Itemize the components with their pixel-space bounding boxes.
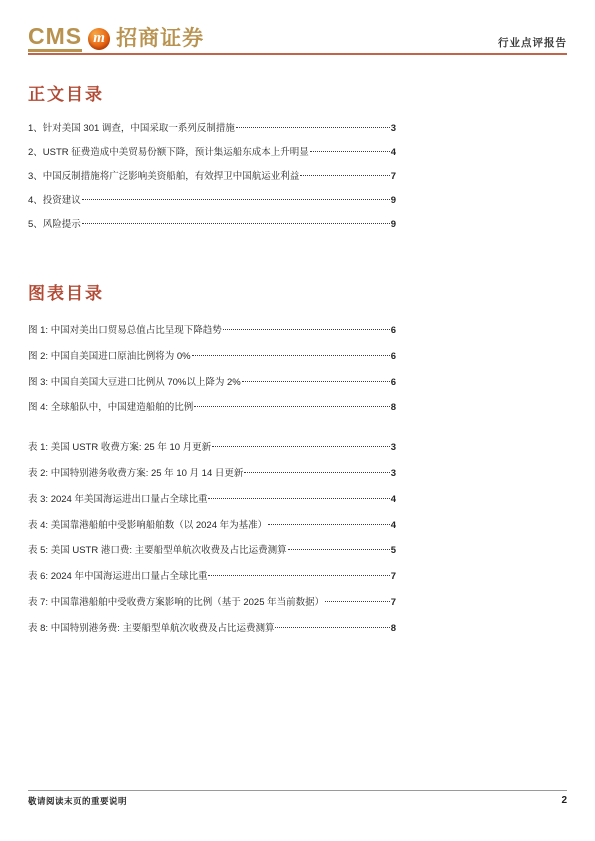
toc-entry: 图 3: 中国自美国大豆进口比例从 70%以上降为 2% 6 (28, 372, 396, 398)
report-page: CMS m 招商证券 行业点评报告 正文目录 1、针对美国 301 调查，中国采… (0, 0, 595, 841)
toc-entry-label: 表 8: 中国特别港务费: 主要船型单航次收费及占比运费测算 (28, 618, 274, 640)
toc-entry-page: 8 (391, 397, 396, 419)
toc-entry-page: 7 (391, 166, 396, 188)
toc-entry-label: 表 1: 美国 USTR 收费方案: 25 年 10 月更新 (28, 437, 211, 459)
cms-logo-text: CMS (28, 25, 82, 52)
toc-entry-page: 9 (391, 214, 396, 236)
toc-dotted-leader (300, 175, 389, 176)
cms-badge-icon: m (88, 28, 110, 50)
toc-entry-page: 7 (391, 566, 396, 588)
toc-entry: 表 3: 2024 年美国海运进出口量占全球比重 4 (28, 489, 396, 515)
page-number: 2 (561, 795, 567, 806)
toc-dotted-leader (208, 575, 389, 576)
toc-entry-page: 4 (391, 142, 396, 164)
toc-entry-page: 3 (391, 463, 396, 485)
toc-entry-label: 表 7: 中国靠港船舶中受收费方案影响的比例（基于 2025 年当前数据） (28, 592, 324, 614)
toc-dotted-leader (310, 151, 390, 152)
toc-entry: 表 1: 美国 USTR 收费方案: 25 年 10 月更新 3 (28, 437, 396, 463)
toc-entry: 图 4: 全球船队中，中国建造船舶的比例 8 (28, 397, 396, 423)
table-toc-list: 表 1: 美国 USTR 收费方案: 25 年 10 月更新 3 表 2: 中国… (28, 437, 396, 643)
cms-logo: CMS m 招商证券 (28, 25, 204, 52)
main-toc-list: 1、针对美国 301 调查，中国采取一系列反制措施 3 2、USTR 征费造成中… (28, 118, 396, 238)
toc-entry-label: 4、投资建议 (28, 190, 81, 212)
toc-entry-page: 4 (391, 515, 396, 537)
toc-entry: 表 2: 中国特别港务收费方案: 25 年 10 月 14 日更新 3 (28, 463, 396, 489)
figure-toc-list: 图 1: 中国对美出口贸易总值占比呈现下降趋势 6 图 2: 中国自美国进口原油… (28, 320, 396, 423)
toc-entry-label: 表 2: 中国特别港务收费方案: 25 年 10 月 14 日更新 (28, 463, 243, 485)
toc-dotted-leader (268, 524, 390, 525)
toc-entry-label: 3、中国反制措施将广泛影响美资船舶，有效捍卫中国航运业利益 (28, 166, 299, 188)
toc-entry-page: 3 (391, 437, 396, 459)
toc-entry-page: 3 (391, 118, 396, 140)
footer-disclaimer: 敬请阅读末页的重要说明 (28, 795, 127, 807)
toc-entry-label: 表 3: 2024 年美国海运进出口量占全球比重 (28, 489, 207, 511)
toc-entry-page: 7 (391, 592, 396, 614)
toc-entry: 表 4: 美国靠港船舶中受影响船舶数（以 2024 年为基准） 4 (28, 515, 396, 541)
toc-entry-label: 5、风险提示 (28, 214, 81, 236)
toc-entry: 表 5: 美国 USTR 港口费: 主要船型单航次收费及占比运费测算 5 (28, 540, 396, 566)
toc-dotted-leader (275, 627, 389, 628)
toc-entry-page: 6 (391, 346, 396, 368)
toc-dotted-leader (236, 127, 390, 128)
toc-entry-label: 表 6: 2024 年中国海运进出口量占全球比重 (28, 566, 207, 588)
toc-entry: 图 2: 中国自美国进口原油比例将为 0% 6 (28, 346, 396, 372)
toc-entry-label: 图 2: 中国自美国进口原油比例将为 0% (28, 346, 191, 368)
toc-entry: 5、风险提示 9 (28, 214, 396, 238)
toc-entry: 2、USTR 征费造成中美贸易份额下降，预计集运船东成本上升明显 4 (28, 142, 396, 166)
toc-dotted-leader (208, 498, 389, 499)
report-type-label: 行业点评报告 (498, 35, 567, 52)
toc-dotted-leader (325, 601, 390, 602)
toc-entry: 表 6: 2024 年中国海运进出口量占全球比重 7 (28, 566, 396, 592)
toc-entry-label: 1、针对美国 301 调查，中国采取一系列反制措施 (28, 118, 235, 140)
chart-toc-title: 图表目录 (28, 279, 567, 304)
header-divider (28, 53, 567, 55)
toc-entry: 4、投资建议 9 (28, 190, 396, 214)
toc-entry-page: 5 (391, 540, 396, 562)
toc-entry-page: 8 (391, 618, 396, 640)
toc-entry-page: 9 (391, 190, 396, 212)
toc-entry: 3、中国反制措施将广泛影响美资船舶，有效捍卫中国航运业利益 7 (28, 166, 396, 190)
toc-entry-label: 图 1: 中国对美出口贸易总值占比呈现下降趋势 (28, 320, 222, 342)
page-header: CMS m 招商证券 行业点评报告 (28, 0, 567, 52)
toc-entry: 图 1: 中国对美出口贸易总值占比呈现下降趋势 6 (28, 320, 396, 346)
toc-entry-label: 图 3: 中国自美国大豆进口比例从 70%以上降为 2% (28, 372, 241, 394)
toc-dotted-leader (223, 329, 390, 330)
toc-entry-label: 表 5: 美国 USTR 港口费: 主要船型单航次收费及占比运费测算 (28, 540, 287, 562)
toc-dotted-leader (82, 223, 390, 224)
toc-entry-label: 表 4: 美国靠港船舶中受影响船舶数（以 2024 年为基准） (28, 515, 267, 537)
toc-entry: 表 8: 中国特别港务费: 主要船型单航次收费及占比运费测算 8 (28, 618, 396, 644)
toc-dotted-leader (244, 472, 389, 473)
toc-entry-page: 6 (391, 320, 396, 342)
toc-dotted-leader (82, 199, 390, 200)
toc-dotted-leader (212, 446, 390, 447)
main-toc-title: 正文目录 (28, 80, 567, 105)
toc-entry-page: 4 (391, 489, 396, 511)
toc-entry-label: 2、USTR 征费造成中美贸易份额下降，预计集运船东成本上升明显 (28, 142, 309, 164)
toc-entry-page: 6 (391, 372, 396, 394)
toc-entry-label: 图 4: 全球船队中，中国建造船舶的比例 (28, 397, 193, 419)
brand-name: 招商证券 (116, 28, 204, 49)
toc-dotted-leader (192, 355, 390, 356)
toc-entry: 表 7: 中国靠港船舶中受收费方案影响的比例（基于 2025 年当前数据） 7 (28, 592, 396, 618)
toc-entry: 1、针对美国 301 调查，中国采取一系列反制措施 3 (28, 118, 396, 142)
toc-dotted-leader (242, 381, 390, 382)
toc-dotted-leader (288, 549, 390, 550)
toc-dotted-leader (194, 406, 390, 407)
page-footer: 敬请阅读末页的重要说明 2 (28, 790, 567, 807)
